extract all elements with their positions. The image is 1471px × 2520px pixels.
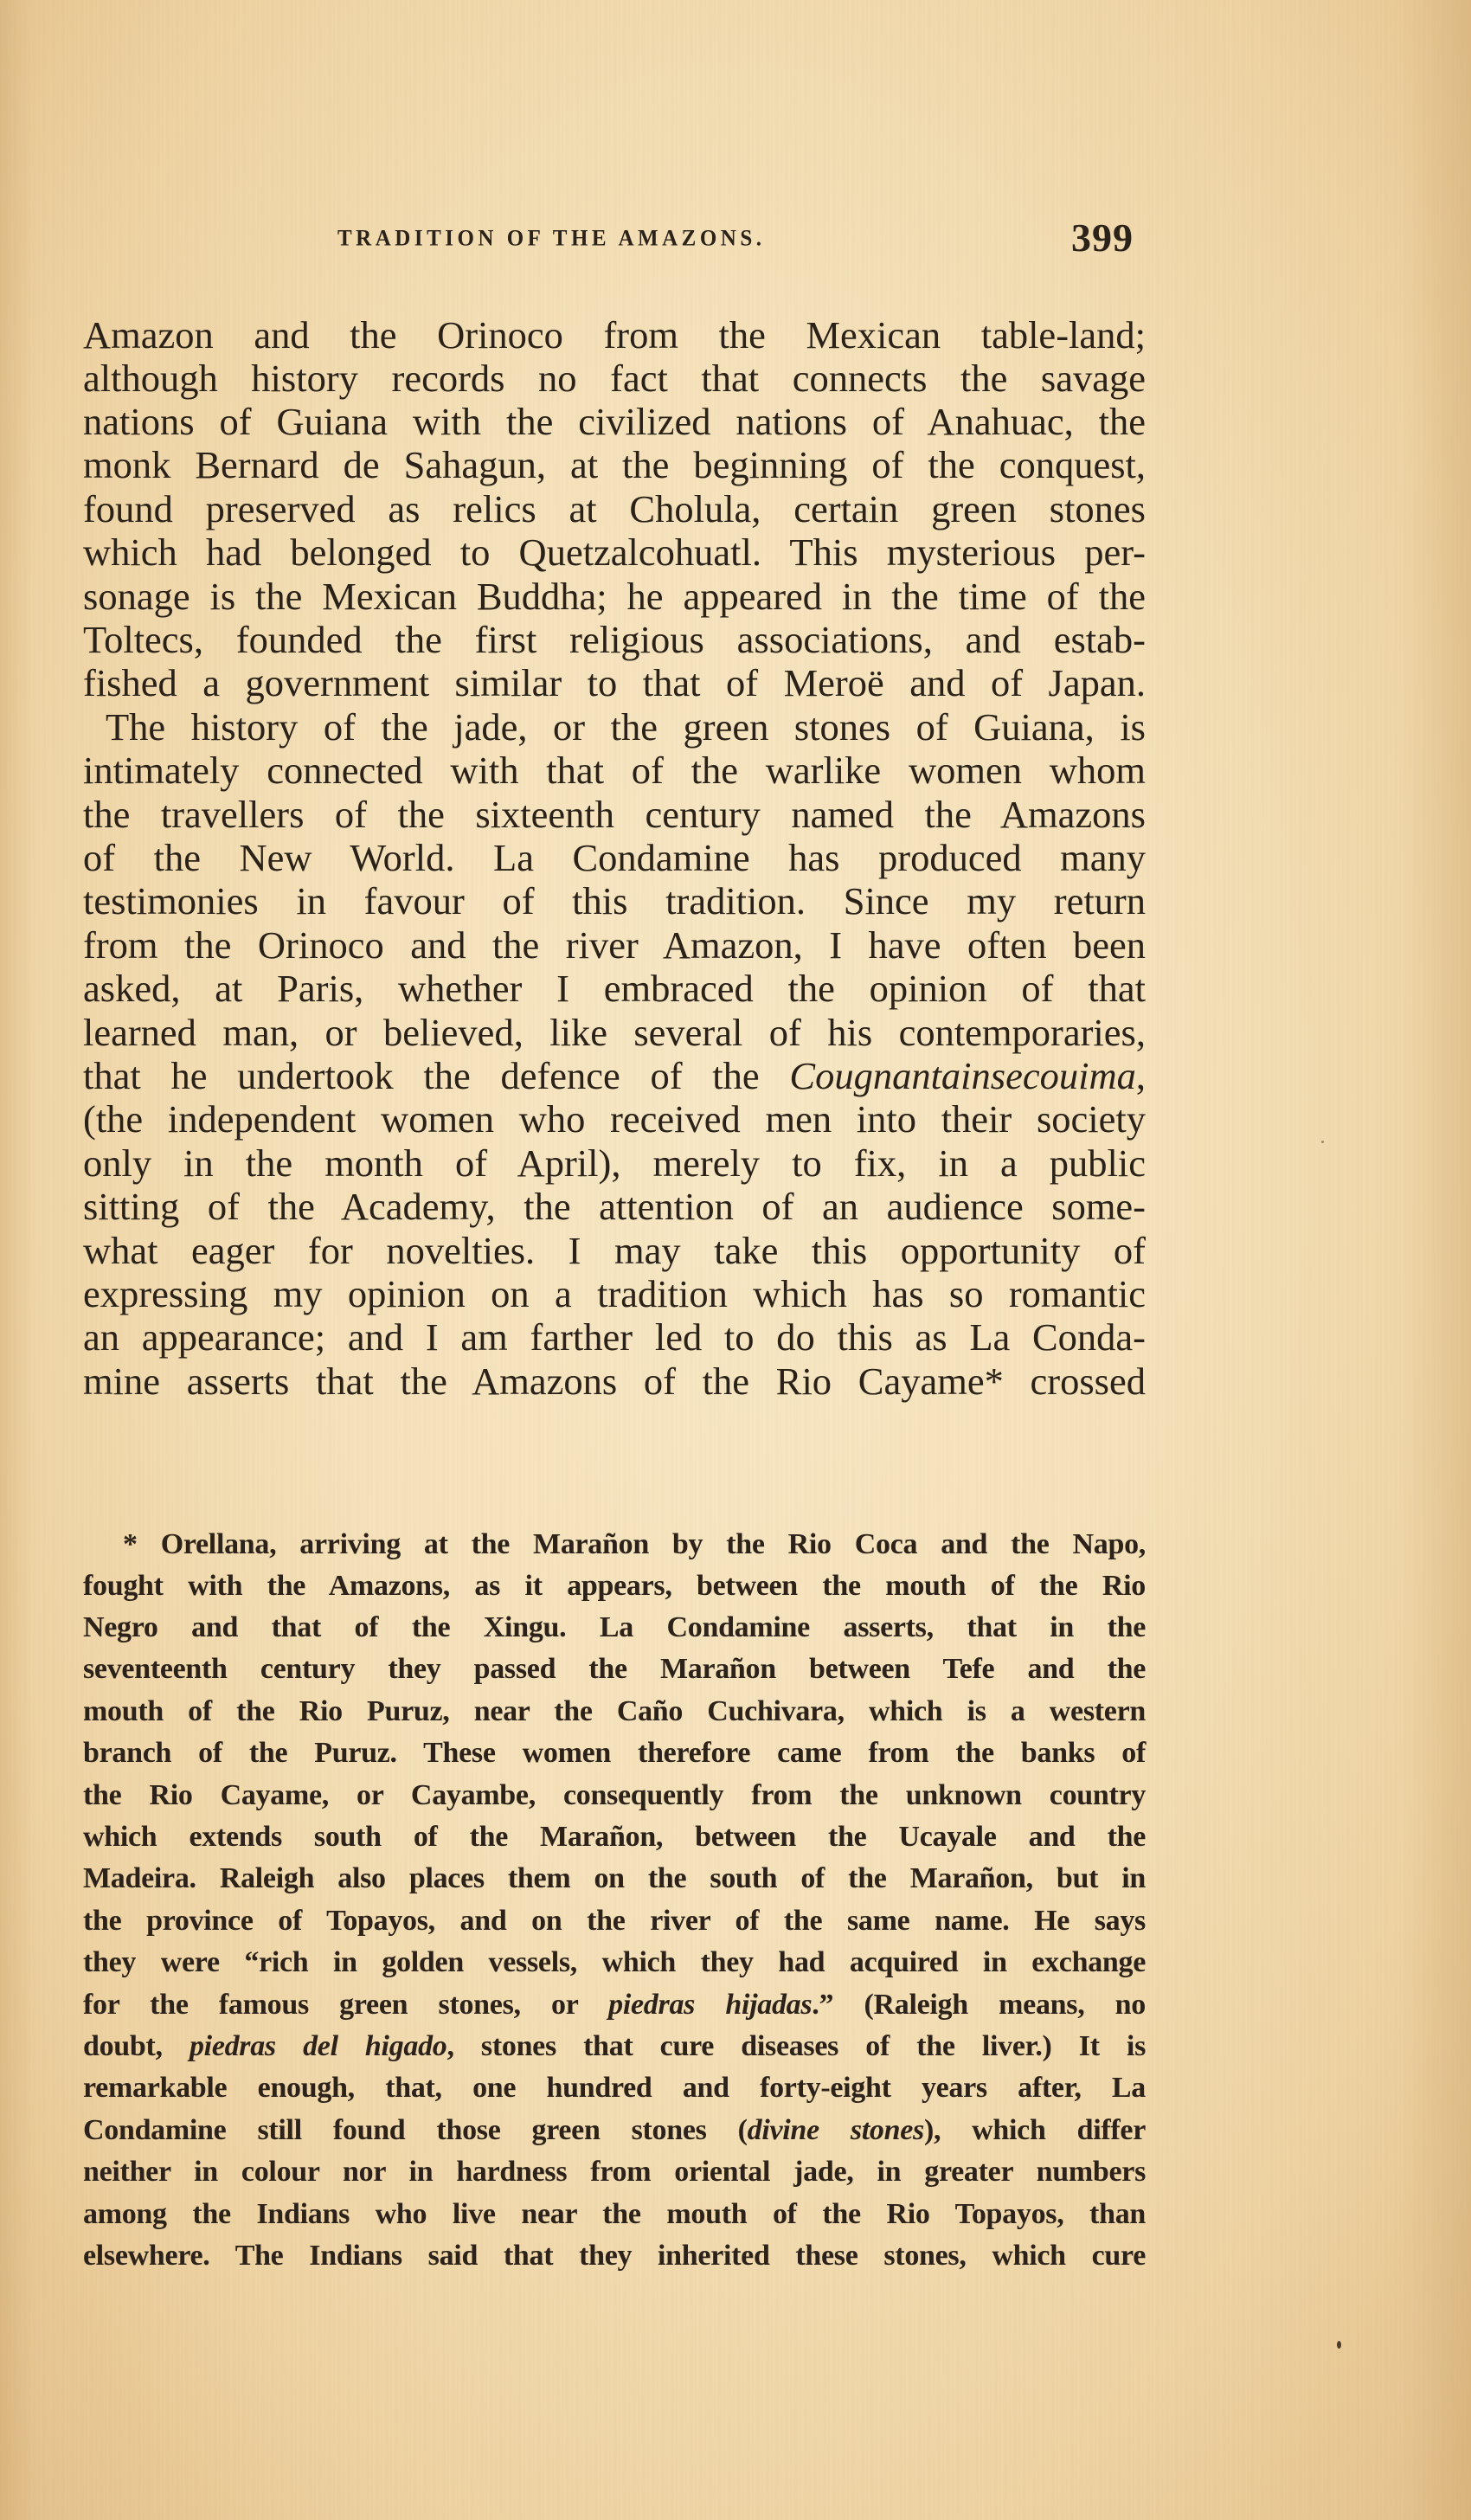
body-line: monk Bernard de Sahagun, at the beginnin…	[83, 443, 1146, 486]
body-line: (the independent women who received men …	[83, 1097, 1146, 1141]
body-line: which had belonged to Quetzalcohuatl. Th…	[83, 530, 1146, 574]
footnote-line: * Orellana, arriving at the Marañon by t…	[83, 1525, 1146, 1565]
footnote-line: the province of Topayos, and on the rive…	[83, 1901, 1146, 1941]
page-number: 399	[1071, 215, 1134, 260]
body-line: sonage is the Mexican Buddha; he appeare…	[83, 575, 1146, 618]
body-line: only in the month of April), merely to f…	[83, 1141, 1146, 1185]
body-line: an appearance; and I am farther led to d…	[83, 1315, 1146, 1359]
punctuation: ,	[1136, 1054, 1146, 1097]
scan-speck	[1337, 2341, 1341, 2349]
footnote-text-segment: ), which differ	[924, 2114, 1146, 2146]
footnote-line-with-italic: for the famous green stones, or piedras …	[83, 1985, 1146, 2025]
body-line: from the Orinoco and the river Amazon, I…	[83, 923, 1146, 967]
footnote-text-segment: doubt,	[83, 2030, 189, 2062]
footnote-line: remarkable enough, that, one hundred and…	[83, 2068, 1146, 2108]
body-line: fished a government similar to that of M…	[83, 661, 1146, 704]
italic-term: piedras hijadas	[608, 1989, 812, 2021]
footnote-line: which extends south of the Marañon, betw…	[83, 1817, 1146, 1857]
body-line: of the New World. La Condamine has produ…	[83, 836, 1146, 879]
italic-term: Cougnantainsecouima	[789, 1054, 1135, 1097]
body-line: sitting of the Academy, the attention of…	[83, 1185, 1146, 1228]
running-head: TRADITION OF THE AMAZONS.	[337, 226, 857, 251]
footnote-line-with-italic: Condamine still found those green stones…	[83, 2111, 1146, 2150]
footnote-line: Madeira. Raleigh also places them on the…	[83, 1859, 1146, 1899]
footnote-text-segment: , stones that cure diseases of the liver…	[447, 2030, 1147, 2062]
body-line: although history records no fact that co…	[83, 357, 1146, 400]
body-line: found preserved as relics at Cholula, ce…	[83, 487, 1146, 530]
footnote-line-with-italic: doubt, piedras del higado, stones that c…	[83, 2027, 1146, 2067]
page-edge-shadow-right	[1402, 0, 1471, 2520]
body-line: mine asserts that the Amazons of the Rio…	[83, 1360, 1146, 1403]
footnote-text-segment: for the famous green stones, or	[83, 1989, 608, 2021]
footnote-line: elsewhere. The Indians said that they in…	[83, 2236, 1146, 2276]
footnote-line: Negro and that of the Xingu. La Condamin…	[83, 1608, 1146, 1648]
footnote-line: they were “rich in golden vessels, which…	[83, 1943, 1146, 1983]
body-line: nations of Guiana with the civilized nat…	[83, 400, 1146, 443]
body-line: Amazon and the Orinoco from the Mexican …	[83, 313, 1146, 357]
page-edge-shadow-left	[0, 0, 35, 2520]
body-line: what eager for novelties. I may take thi…	[83, 1229, 1146, 1272]
footnote-line: neither in colour nor in hardness from o…	[83, 2152, 1146, 2192]
footnote-line: among the Indians who live near the mout…	[83, 2195, 1146, 2234]
body-line: Toltecs, founded the first religious ass…	[83, 618, 1146, 661]
body-line-with-italic: that he undertook the defence of the Cou…	[83, 1054, 1146, 1097]
footnote-text-segment: .” (Raleigh means, no	[812, 1989, 1146, 2021]
body-line: expressing my opinion on a tradition whi…	[83, 1272, 1146, 1315]
footnote-line: the Rio Cayame, or Cayambe, consequently…	[83, 1776, 1146, 1816]
body-line: learned man, or believed, like several o…	[83, 1011, 1146, 1054]
italic-term: piedras del higado	[189, 2030, 447, 2062]
footnote-line: seventeenth century they passed the Mara…	[83, 1649, 1146, 1689]
body-line: testimonies in favour of this tradition.…	[83, 879, 1146, 922]
footnote-line: fought with the Amazons, as it appears, …	[83, 1566, 1146, 1606]
body-text-segment: that he undertook the defence of the	[83, 1054, 789, 1097]
italic-term: divine stones	[748, 2114, 924, 2146]
scan-speck	[1321, 1141, 1324, 1143]
scan-speck	[91, 2250, 93, 2255]
body-line: intimately connected with that of the wa…	[83, 749, 1146, 792]
footnote-text-segment: Condamine still found those green stones…	[83, 2114, 748, 2146]
body-line: asked, at Paris, whether I embraced the …	[83, 967, 1146, 1010]
footnote-line: mouth of the Rio Puruz, near the Caño Cu…	[83, 1692, 1146, 1732]
footnote-line: branch of the Puruz. These women therefo…	[83, 1733, 1146, 1773]
body-line: the travellers of the sixteenth century …	[83, 793, 1146, 836]
paragraph-start-line: The history of the jade, or the green st…	[83, 705, 1146, 749]
